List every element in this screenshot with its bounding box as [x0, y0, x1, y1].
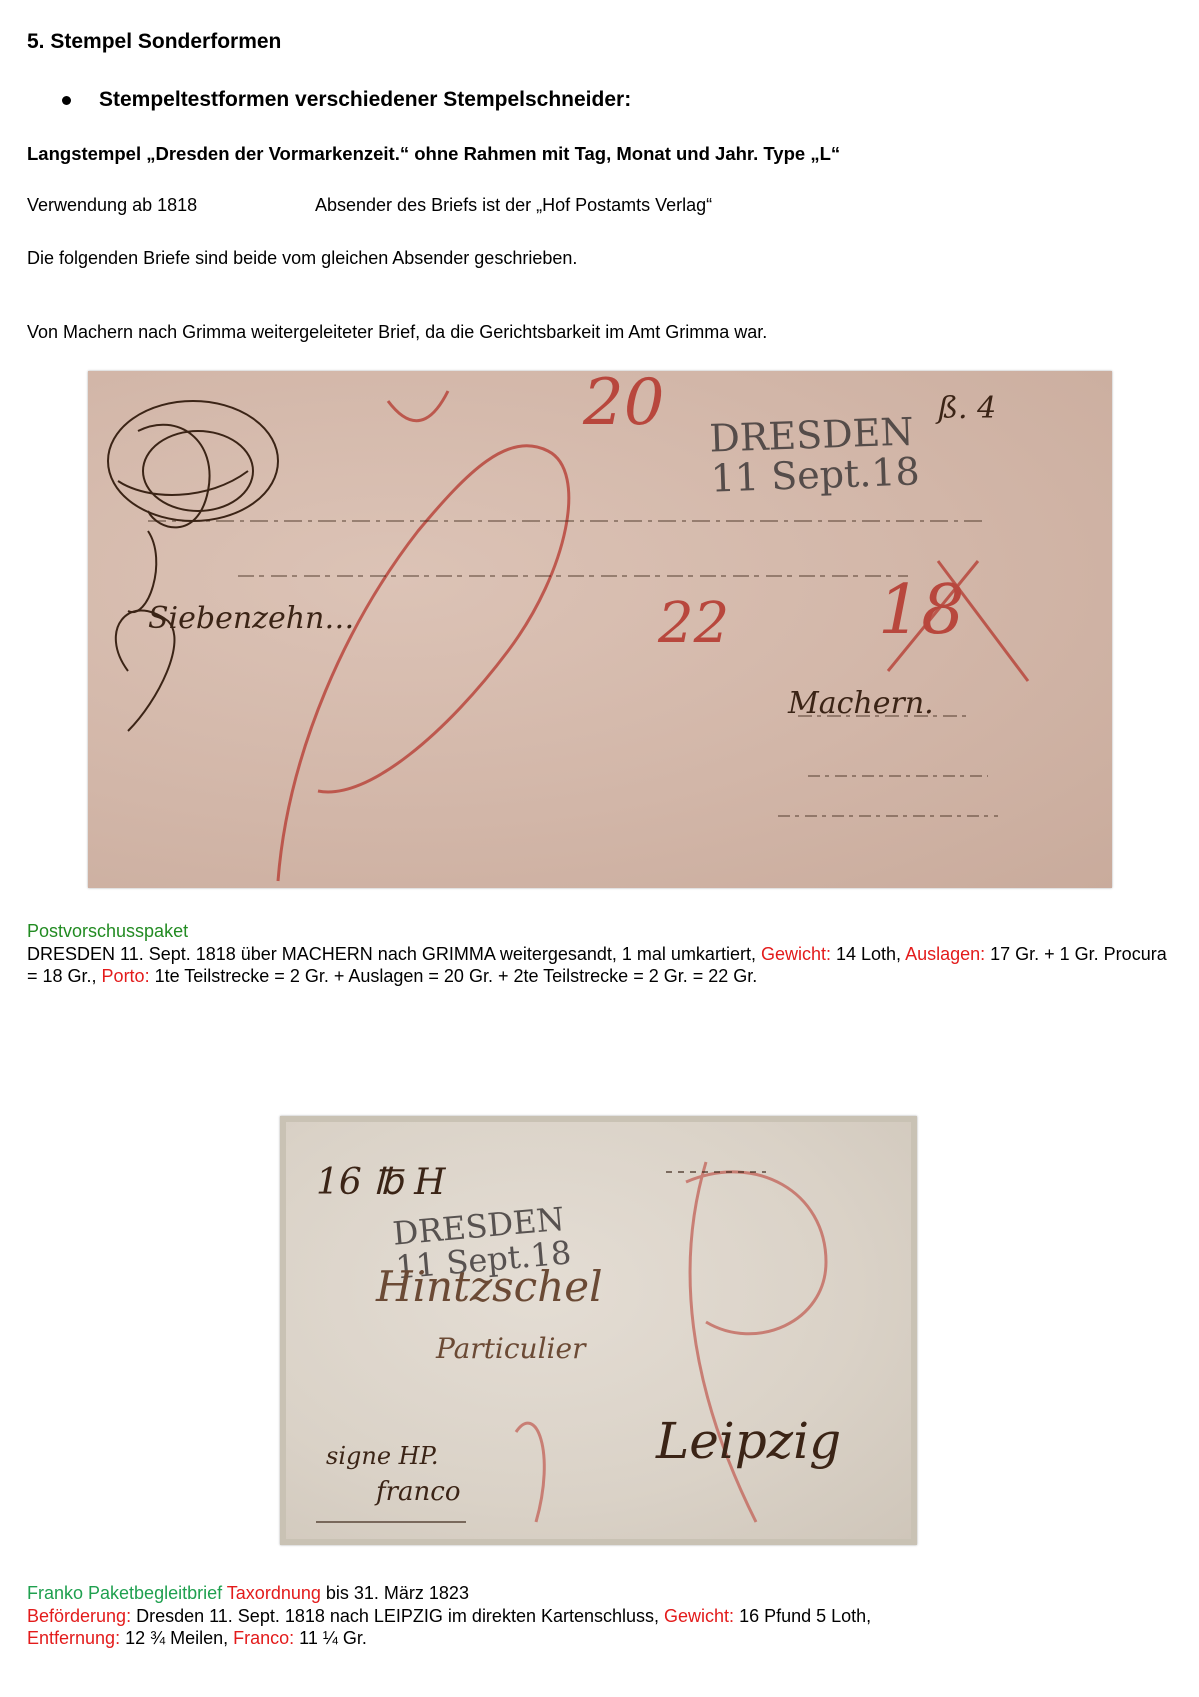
- bullet-heading: Stempeltestformen verschiedener Stempels…: [62, 88, 631, 112]
- letter1-type-label: Postvorschusspaket: [27, 920, 1177, 943]
- letter1-mark-red-22: 22: [658, 591, 729, 656]
- letter1-postage-label: Porto:: [102, 966, 150, 986]
- note-same-sender: Die folgenden Briefe sind beide vom glei…: [27, 248, 577, 269]
- letter2-transport-value: Dresden 11. Sept. 1818 nach LEIPZIG im d…: [131, 1606, 664, 1626]
- letter2-weight-mark: 16 ℔ H: [316, 1162, 446, 1203]
- bullet-icon: [62, 96, 71, 105]
- letter2-transport-label: Beförderung:: [27, 1606, 131, 1626]
- letter2-details: Beförderung: Dresden 11. Sept. 1818 nach…: [27, 1605, 1177, 1650]
- stamp-heading: Langstempel „Dresden der Vormarkenzeit.“…: [27, 143, 840, 165]
- letter2-weight-label: Gewicht:: [664, 1606, 734, 1626]
- letter1-dresden-postmark: DRESDEN 11 Sept.18: [709, 412, 921, 497]
- letter2-caption: Franko Paketbegleitbrief Taxordnung bis …: [27, 1582, 1177, 1650]
- letter1-caption: Postvorschusspaket DRESDEN 11. Sept. 181…: [27, 920, 1177, 988]
- letter2-type-line: Franko Paketbegleitbrief Taxordnung bis …: [27, 1582, 1177, 1605]
- usage-since: Verwendung ab 1818: [27, 195, 197, 216]
- letter1-weight-value: 14 Loth,: [831, 944, 901, 964]
- letter2-particulier: Particulier: [436, 1332, 585, 1365]
- letter1-postage-value: 1te Teilstrecke = 2 Gr. + Auslagen = 20 …: [150, 966, 758, 986]
- section-title: 5. Stempel Sonderformen: [27, 30, 281, 54]
- letter1-mark-red-18: 18: [878, 571, 965, 650]
- letter2-sender-sign: signe HP.: [326, 1442, 439, 1470]
- letter1-details: DRESDEN 11. Sept. 1818 über MACHERN nach…: [27, 943, 1177, 988]
- letter2-addressee: Hintzschel: [376, 1262, 603, 1311]
- letter2-destination: Leipzig: [656, 1412, 841, 1470]
- letter1-mark-top-right: ß. 4: [938, 391, 996, 426]
- letter2-type-label: Franko Paketbegleitbrief: [27, 1583, 222, 1603]
- letter1-image: DRESDEN 11 Sept.18 ß. 4 20 22 18 Siebenz…: [88, 371, 1112, 888]
- letter1-line1: DRESDEN 11. Sept. 1818 über MACHERN nach…: [27, 944, 761, 964]
- letter1-addressee: Siebenzehn…: [148, 601, 354, 636]
- letter2-franco-label: Franco:: [233, 1628, 294, 1648]
- bullet-heading-text: Stempeltestformen verschiedener Stempels…: [99, 88, 631, 112]
- usage-sender: Absender des Briefs ist der „Hof Postamt…: [315, 195, 712, 216]
- letter2-franco-value: 11 ¼ Gr.: [294, 1628, 367, 1648]
- letter1-mark-red-20: 20: [583, 371, 664, 440]
- letter2-franco: franco: [376, 1477, 461, 1507]
- letter2-image: DRESDEN 11 Sept.18 16 ℔ H Hintzschel Par…: [280, 1116, 917, 1545]
- letter1-weight-label: Gewicht:: [761, 944, 831, 964]
- letter1-expenses-label: Auslagen:: [905, 944, 985, 964]
- letter2-tariff-label: Taxordnung: [227, 1583, 321, 1603]
- letter1-place: Machern.: [788, 686, 934, 721]
- letter1-stamp-date: 11 Sept.18: [710, 452, 920, 497]
- letter2-weight-value: 16 Pfund 5 Loth,: [734, 1606, 871, 1626]
- letter2-tariff-value: bis 31. März 1823: [321, 1583, 469, 1603]
- letter2-distance-value: 12 ¾ Meilen,: [120, 1628, 233, 1648]
- intro-letter1: Von Machern nach Grimma weitergeleiteter…: [27, 322, 767, 343]
- letter2-distance-label: Entfernung:: [27, 1628, 120, 1648]
